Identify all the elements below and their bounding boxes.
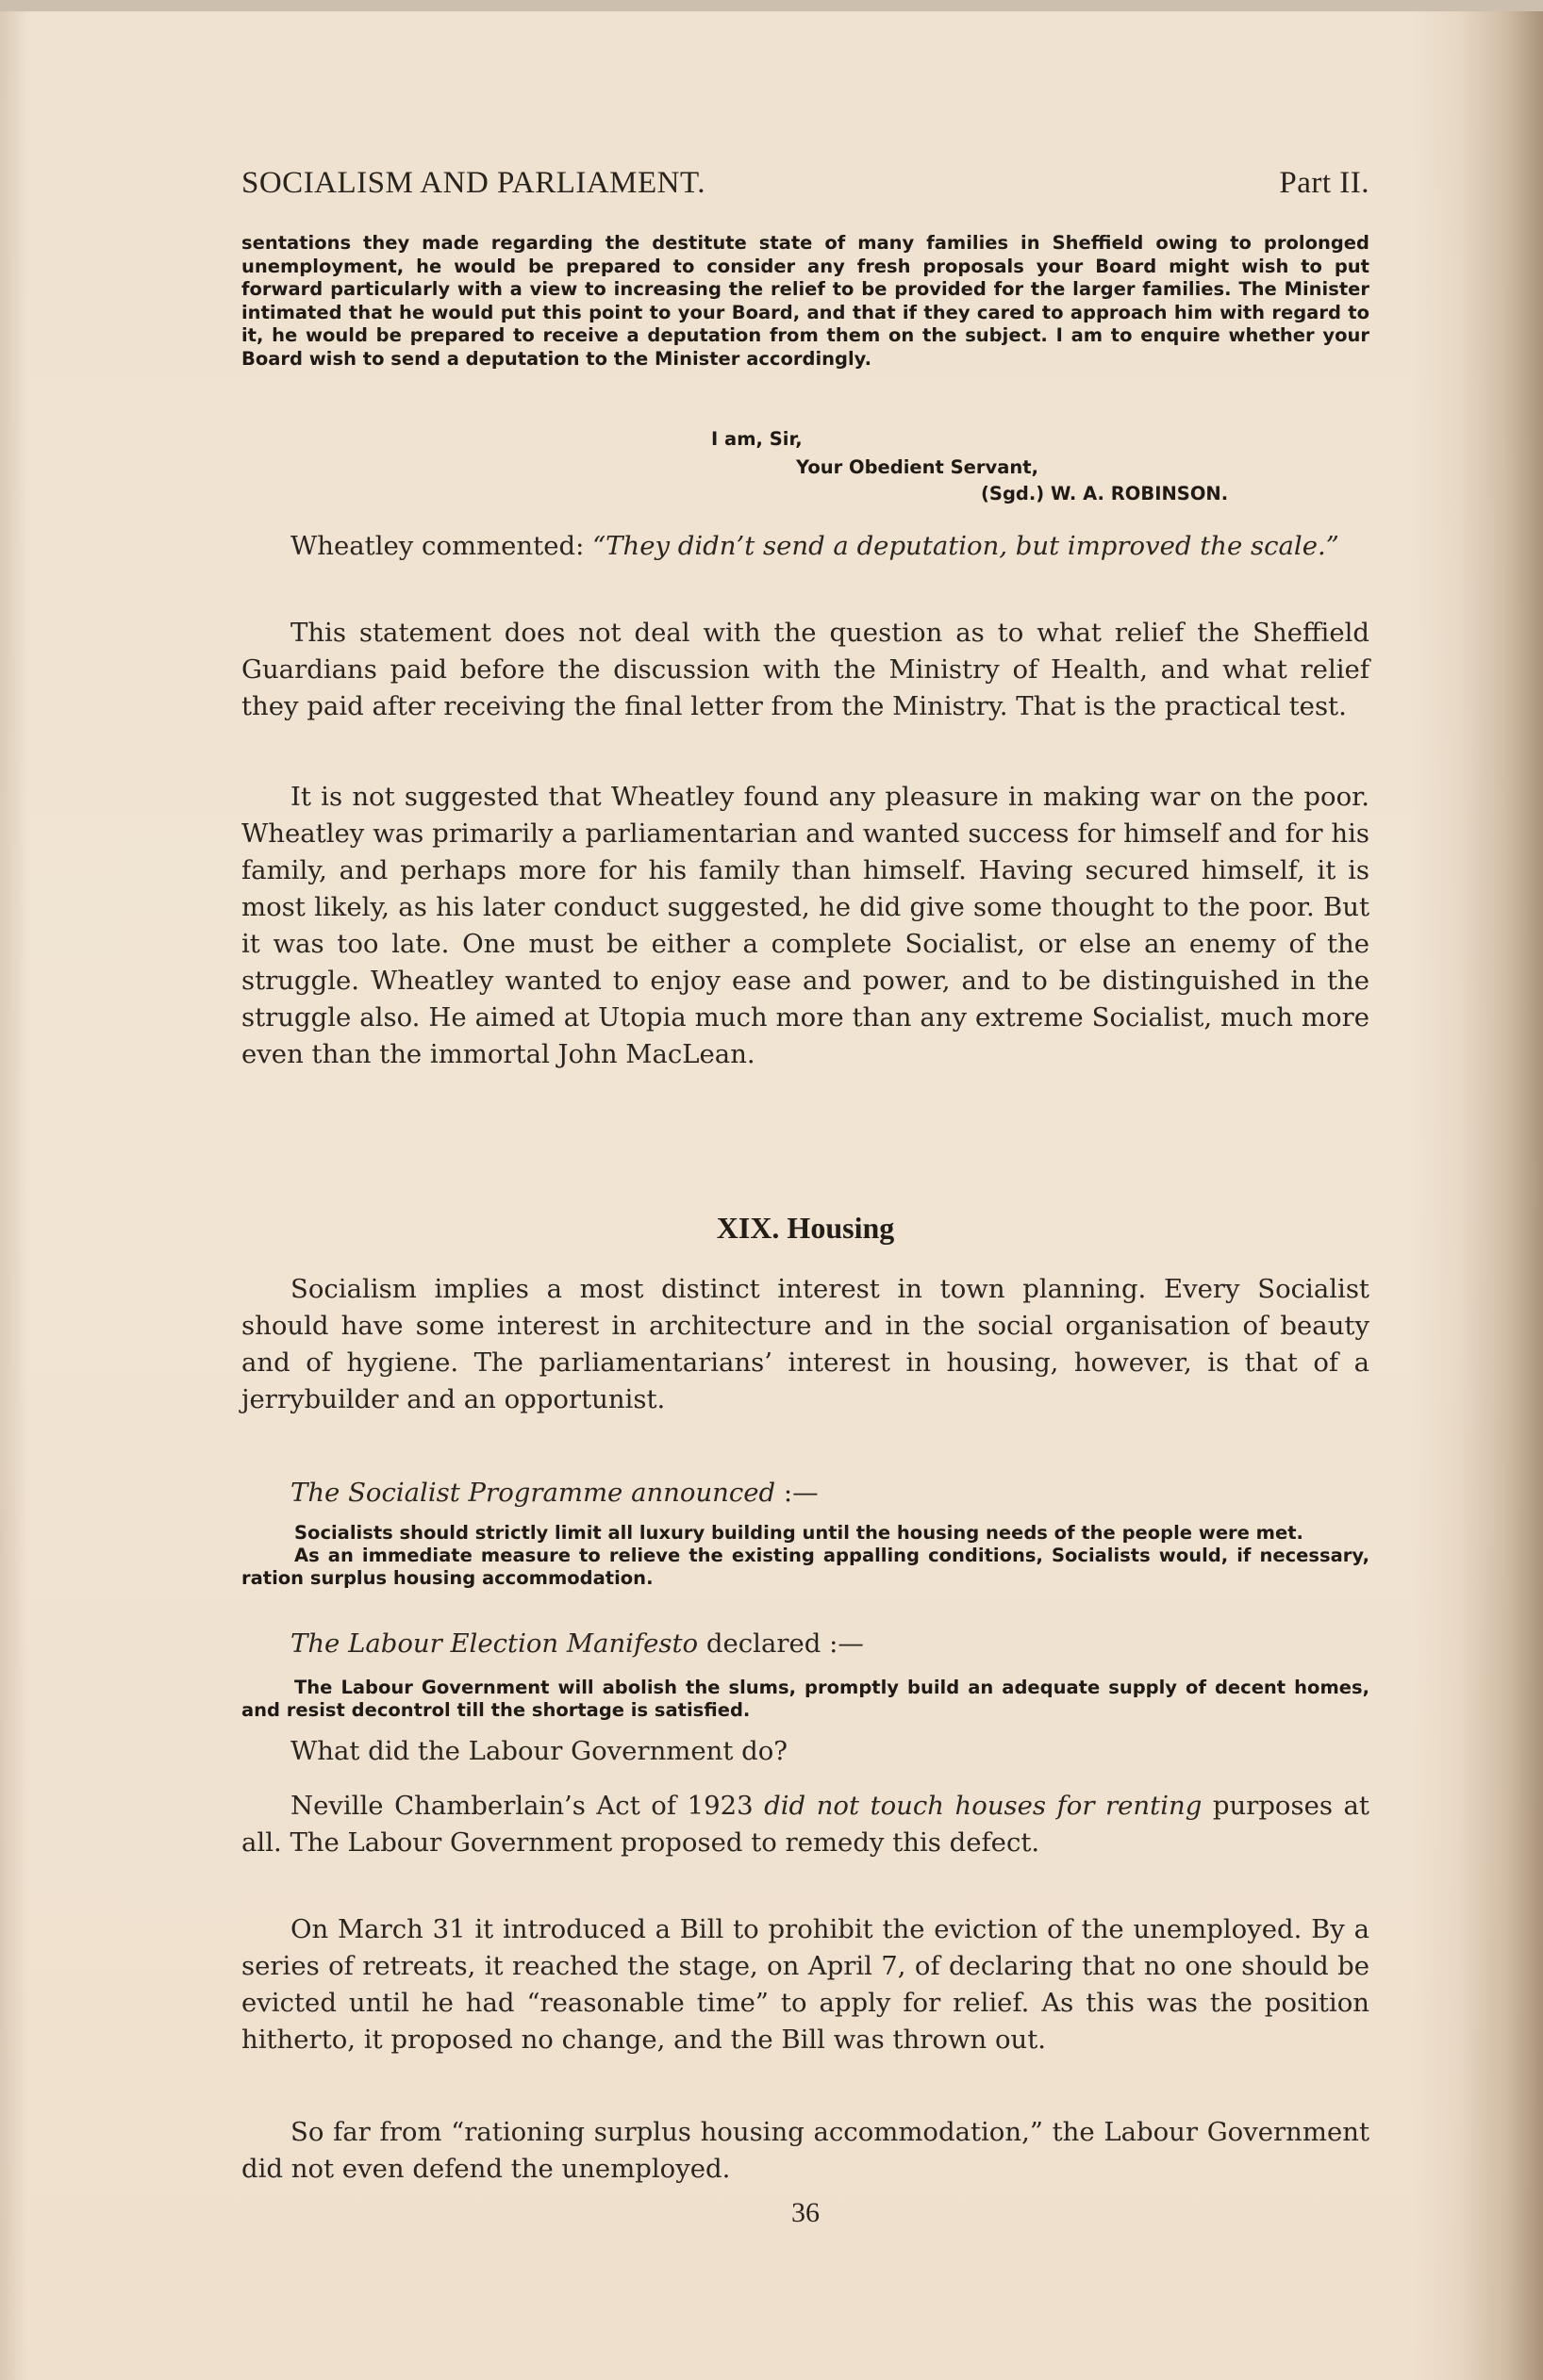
letter-closing-servant: Your Obedient Servant, — [796, 456, 1038, 478]
housing-intro: Socialism implies a most distinct intere… — [241, 1271, 1369, 1418]
programme-lead-suffix: :— — [775, 1478, 819, 1508]
paragraph-eviction-bill: On March 31 it introduced a Bill to proh… — [241, 1911, 1369, 2058]
programme-quote: Socialists should strictly limit all lux… — [241, 1522, 1369, 1590]
manifesto-lead-suffix: declared :— — [698, 1628, 864, 1659]
labour-question: What did the Labour Government do? — [241, 1733, 1369, 1770]
letter-signature: (Sgd.) W. A. ROBINSON. — [981, 483, 1228, 504]
paragraph-wheatley: It is not suggested that Wheatley found … — [241, 779, 1369, 1073]
question-line: What did the Labour Government do? — [241, 1733, 1369, 1770]
programme-lead: The Socialist Programme announced :— — [241, 1475, 1369, 1512]
chamberlain-paragraph: Neville Chamberlain’s Act of 1923 did no… — [241, 1788, 1369, 1861]
letter-excerpt: sentations they made regarding the desti… — [241, 232, 1369, 372]
statement-paragraph: This statement does not deal with the qu… — [241, 615, 1369, 725]
march-paragraph: On March 31 it introduced a Bill to proh… — [241, 1911, 1369, 2058]
so-far-paragraph: So far from “rationing surplus housing a… — [241, 2114, 1369, 2188]
programme-quote-1: Socialists should strictly limit all lux… — [241, 1522, 1369, 1545]
section-heading: XIX. Housing — [241, 1211, 1369, 1246]
running-header: SOCIALISM AND PARLIAMENT. Part II. — [241, 166, 1369, 201]
running-title: SOCIALISM AND PARLIAMENT. — [241, 166, 705, 201]
manifesto-quote-text: The Labour Government will abolish the s… — [241, 1677, 1369, 1722]
manifesto-lead: The Labour Election Manifesto declared :… — [241, 1626, 1369, 1662]
manifesto-lead-italic: The Labour Election Manifesto — [290, 1628, 698, 1659]
part-label: Part II. — [1279, 166, 1369, 201]
paragraph-housing-intro: Socialism implies a most distinct intere… — [241, 1271, 1369, 1418]
page-number: 36 — [241, 2197, 1369, 2229]
chamberlain-italic: did not touch houses for renting — [764, 1791, 1202, 1821]
scan-edge — [0, 0, 1543, 11]
paragraph-so-far: So far from “rationing surplus housing a… — [241, 2114, 1369, 2188]
paragraph-practical-test: This statement does not deal with the qu… — [241, 615, 1369, 725]
programme-quote-2: As an immediate measure to relieve the e… — [241, 1545, 1369, 1590]
commentary-paragraph: Wheatley commented: “They didn’t send a … — [241, 528, 1369, 565]
wheatley-paragraph: It is not suggested that Wheatley found … — [241, 779, 1369, 1073]
manifesto-quote: The Labour Government will abolish the s… — [241, 1677, 1369, 1722]
wheatley-quote: “They didn’t send a deputation, but impr… — [592, 531, 1339, 561]
book-page: SOCIALISM AND PARLIAMENT. Part II. senta… — [0, 0, 1543, 2380]
letter-closing: I am, Sir, — [711, 428, 803, 450]
wheatley-comment-prefix: Wheatley commented: — [290, 531, 592, 561]
programme-lead-italic: The Socialist Programme announced — [290, 1478, 775, 1508]
chamberlain-text-1: Neville Chamberlain’s Act of 1923 — [290, 1791, 764, 1821]
